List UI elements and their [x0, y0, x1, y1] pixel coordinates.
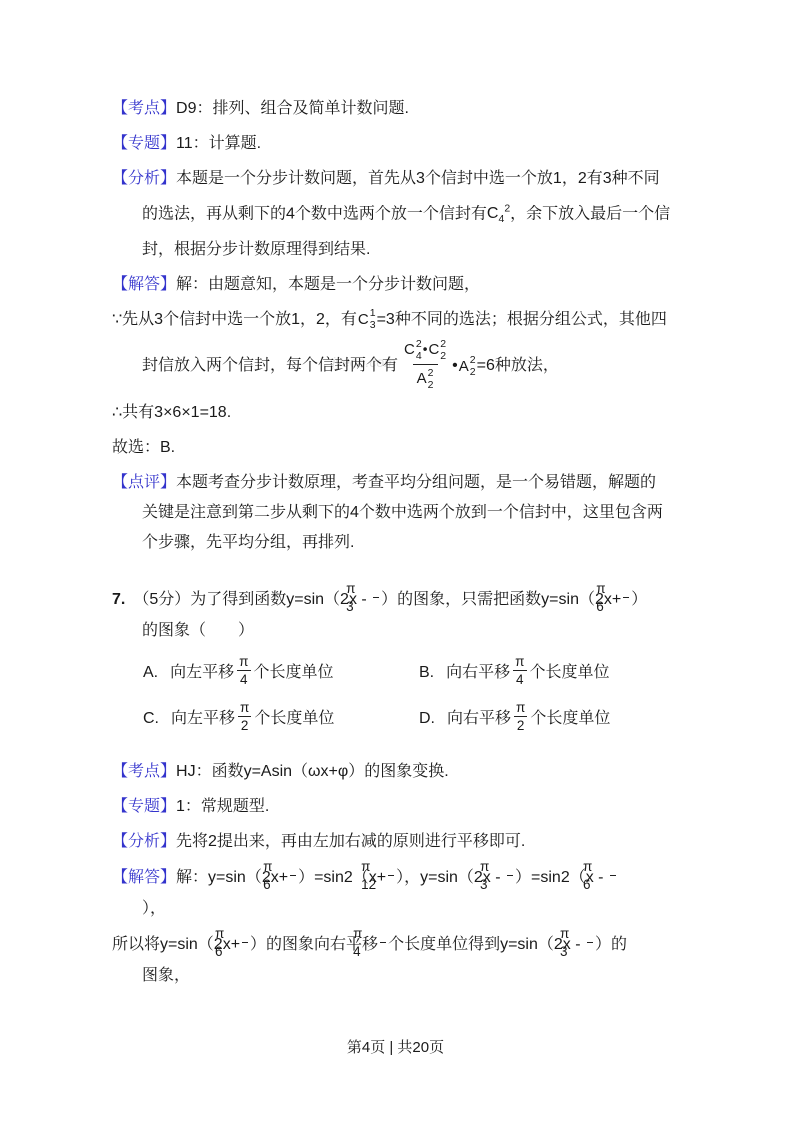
q6-solution-line1: ∵先从3个信封中选一个放1，2，有C13=3种不同的选法；根据分组公式，其他四 [112, 305, 698, 335]
q6-answer-text: 故选：B. [112, 439, 175, 456]
q6-solution-line2: 封信放入两个信封，每个信封两个有C24•C22A22•A22=6种放法， [112, 340, 698, 393]
q6-zhuanti-text: 11：计算题. [176, 135, 261, 152]
q7-option-d-key: D. [419, 710, 435, 727]
dianping-label: 【点评】 [112, 474, 176, 491]
q6-dianping-text: 本题考查分步计数原理，考查平均分组问题，是一个易错题，解题的关键是注意到第二步从… [142, 474, 663, 551]
q6-jieda-row: 【解答】解：由题意知，本题是一个分步计数问题， [112, 270, 698, 300]
q6-zhuanti-row: 【专题】11：计算题. [112, 129, 698, 159]
q7-fenxi-row: 【分析】先将2提出来，再由左加右减的原则进行平移即可. [112, 827, 698, 857]
page-footer: 第4页 | 共20页 [0, 1036, 791, 1057]
q6-answer-line: 故选：B. [112, 433, 698, 463]
jieda-label: 【解答】 [112, 869, 176, 886]
q7-option-a-text: 向左平移π4个长度单位 [170, 664, 333, 681]
q7-option-b-text: 向右平移π4个长度单位 [446, 664, 609, 681]
q7-option-a: A.向左平移π4个长度单位 [143, 651, 419, 695]
q6-jieda-text: 解：由题意知，本题是一个分步计数问题， [176, 276, 480, 293]
q6-solution-line3: ∴共有3×6×1=18. [112, 398, 698, 428]
q6-kaodian-text: D9：排列、组合及简单计数问题. [176, 100, 409, 117]
q7-option-d: D.向右平移π2个长度单位 [419, 697, 698, 741]
exam-solution-page: jyeoo.com 【考点】D9：排列、组合及简单计数问题. 【专题】11：计算… [0, 0, 791, 1122]
q7-stem: 7.（5分）为了得到函数y=sin（2x - π3）的图象，只需把函数y=sin… [112, 584, 698, 646]
q6-dianping-row: 【点评】本题考查分步计数原理，考查平均分组问题，是一个易错题，解题的关键是注意到… [112, 468, 698, 558]
q6-sol2-formula: 封信放入两个信封，每个信封两个有C24•C22A22•A22=6种放法， [142, 357, 559, 374]
q7-stem-text: （5分）为了得到函数y=sin（2x - π3）的图象，只需把函数y=sin（2… [133, 591, 647, 639]
q7-option-c-key: C. [143, 710, 159, 727]
q7-option-c: C.向左平移π2个长度单位 [143, 697, 419, 741]
q7-number: 7. [112, 591, 125, 608]
q6-sol1-text: ∵先从3个信封中选一个放1，2，有C13=3种不同的选法；根据分组公式，其他四 [112, 311, 667, 328]
q6-fenxi-text: 本题是一个分步计数问题，首先从3个信封中选一个放1，2有3种不同的选法，再从剩下… [142, 170, 670, 258]
q6-fenxi-row: 【分析】本题是一个分步计数问题，首先从3个信封中选一个放1，2有3种不同的选法，… [112, 164, 698, 265]
q7-options: A.向左平移π4个长度单位 B.向右平移π4个长度单位 C.向左平移π2个长度单… [112, 651, 698, 741]
q7-option-c-text: 向左平移π2个长度单位 [171, 710, 334, 727]
jieda-label: 【解答】 [112, 276, 176, 293]
q7-zhuanti-row: 【专题】1：常规题型. [112, 792, 698, 822]
q7-fenxi-text: 先将2提出来，再由左加右减的原则进行平移即可. [176, 833, 525, 850]
q7-option-d-text: 向右平移π2个长度单位 [447, 710, 610, 727]
kaodian-label: 【考点】 [112, 100, 176, 117]
q6-sol3-text: ∴共有3×6×1=18. [112, 404, 231, 421]
q7-option-a-key: A. [143, 664, 158, 681]
zhuanti-label: 【专题】 [112, 798, 176, 815]
q7-sol1-text: 所以将y=sin（2x+π6）的图象向右平移π4个长度单位得到y=sin（2x … [112, 936, 627, 984]
q7-option-b-key: B. [419, 664, 434, 681]
page-content: 【考点】D9：排列、组合及简单计数问题. 【专题】11：计算题. 【分析】本题是… [112, 94, 698, 996]
q7-zhuanti-text: 1：常规题型. [176, 798, 269, 815]
q7-jieda-text: 解：y=sin（2x+π6）=sin2（x+π12），y=sin（2x - π3… [142, 869, 618, 917]
kaodian-label: 【考点】 [112, 763, 176, 780]
fenxi-label: 【分析】 [112, 833, 176, 850]
q7-kaodian-text: HJ：函数y=Asin（ωx+φ）的图象变换. [176, 763, 449, 780]
q7-jieda-row: 【解答】解：y=sin（2x+π6）=sin2（x+π12），y=sin（2x … [112, 862, 698, 924]
q6-kaodian-row: 【考点】D9：排列、组合及简单计数问题. [112, 94, 698, 124]
zhuanti-label: 【专题】 [112, 135, 176, 152]
q7-kaodian-row: 【考点】HJ：函数y=Asin（ωx+φ）的图象变换. [112, 757, 698, 787]
q7-solution-line1: 所以将y=sin（2x+π6）的图象向右平移π4个长度单位得到y=sin（2x … [112, 929, 698, 991]
fenxi-label: 【分析】 [112, 170, 176, 187]
q7-option-b: B.向右平移π4个长度单位 [419, 651, 698, 695]
